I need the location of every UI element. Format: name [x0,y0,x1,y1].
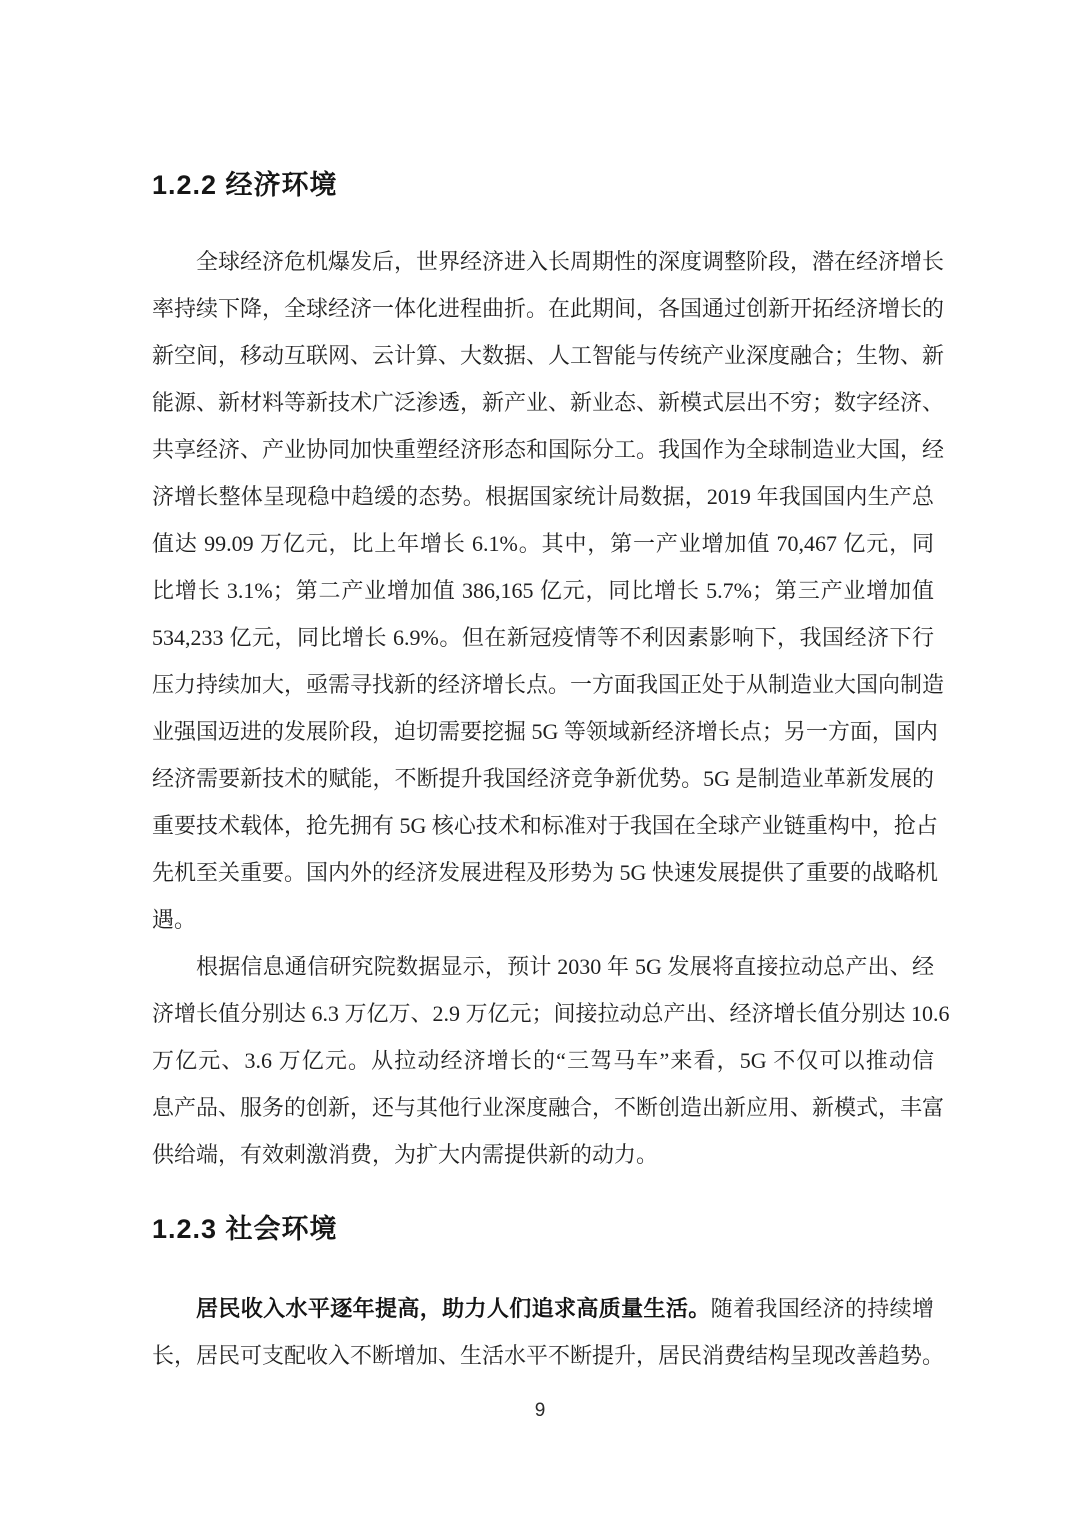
text-line: 全球经济危机爆发后，世界经济进入长周期性的深度调整阶段，潜在经济增长 [152,238,934,285]
document-page: { "page": { "number": "9" }, "section_ec… [0,0,1080,1528]
page-content: 1.2.2 经济环境 全球经济危机爆发后，世界经济进入长周期性的深度调整阶段，潜… [152,0,934,1379]
text-line: 能源、新材料等新技术广泛渗透，新产业、新业态、新模式层出不穷；数字经济、 [152,379,934,426]
bold-lead-text: 居民收入水平逐年提高，助力人们追求高质量生活。 [196,1296,711,1321]
text-line: 新空间，移动互联网、云计算、大数据、人工智能与传统产业深度融合；生物、新 [152,332,934,379]
paragraph-social-1: 居民收入水平逐年提高，助力人们追求高质量生活。随着我国经济的持续增 长，居民可支… [152,1285,934,1379]
text-line: 压力持续加大，亟需寻找新的经济增长点。一方面我国正处于从制造业大国向制造 [152,661,934,708]
section-heading-social: 1.2.3 社会环境 [152,1210,934,1248]
text-line: 遇。 [152,896,934,943]
text-line: 值达 99.09 万亿元，比上年增长 6.1%。其中，第一产业增加值 70,46… [152,520,934,567]
section-heading-economic: 1.2.2 经济环境 [152,166,934,204]
paragraph-economic-1: 全球经济危机爆发后，世界经济进入长周期性的深度调整阶段，潜在经济增长 率持续下降… [152,238,934,943]
text-line: 534,233 亿元，同比增长 6.9%。但在新冠疫情等不利因素影响下，我国经济… [152,614,934,661]
text-line: 济增长整体呈现稳中趋缓的态势。根据国家统计局数据，2019 年我国国内生产总 [152,473,934,520]
text-line: 供给端，有效刺激消费，为扩大内需提供新的动力。 [152,1131,934,1178]
text-line: 率持续下降，全球经济一体化进程曲折。在此期间，各国通过创新开拓经济增长的 [152,285,934,332]
text-line: 经济需要新技术的赋能，不断提升我国经济竞争新优势。5G 是制造业革新发展的 [152,755,934,802]
text-line: 重要技术载体，抢先拥有 5G 核心技术和标准对于我国在全球产业链重构中，抢占 [152,802,934,849]
page-number: 9 [0,1400,1080,1422]
text-line: 息产品、服务的创新，还与其他行业深度融合，不断创造出新应用、新模式，丰富 [152,1084,934,1131]
text-line: 先机至关重要。国内外的经济发展进程及形势为 5G 快速发展提供了重要的战略机 [152,849,934,896]
text-line: 万亿元、3.6 万亿元。从拉动经济增长的“三驾马车”来看，5G 不仅可以推动信 [152,1037,934,1084]
text-run: 随着我国经济的持续增 [711,1296,934,1321]
text-line: 济增长值分别达 6.3 万亿万、2.9 万亿元；间接拉动总产出、经济增长值分别达… [152,990,934,1037]
text-line: 比增长 3.1%；第二产业增加值 386,165 亿元，同比增长 5.7%；第三… [152,567,934,614]
text-line: 根据信息通信研究院数据显示，预计 2030 年 5G 发展将直接拉动总产出、经 [152,943,934,990]
text-line: 居民收入水平逐年提高，助力人们追求高质量生活。随着我国经济的持续增 [152,1285,934,1332]
text-line: 业强国迈进的发展阶段，迫切需要挖掘 5G 等领域新经济增长点；另一方面，国内 [152,708,934,755]
text-line: 共享经济、产业协同加快重塑经济形态和国际分工。我国作为全球制造业大国，经 [152,426,934,473]
paragraph-economic-2: 根据信息通信研究院数据显示，预计 2030 年 5G 发展将直接拉动总产出、经 … [152,943,934,1178]
text-line: 长，居民可支配收入不断增加、生活水平不断提升，居民消费结构呈现改善趋势。 [152,1332,934,1379]
